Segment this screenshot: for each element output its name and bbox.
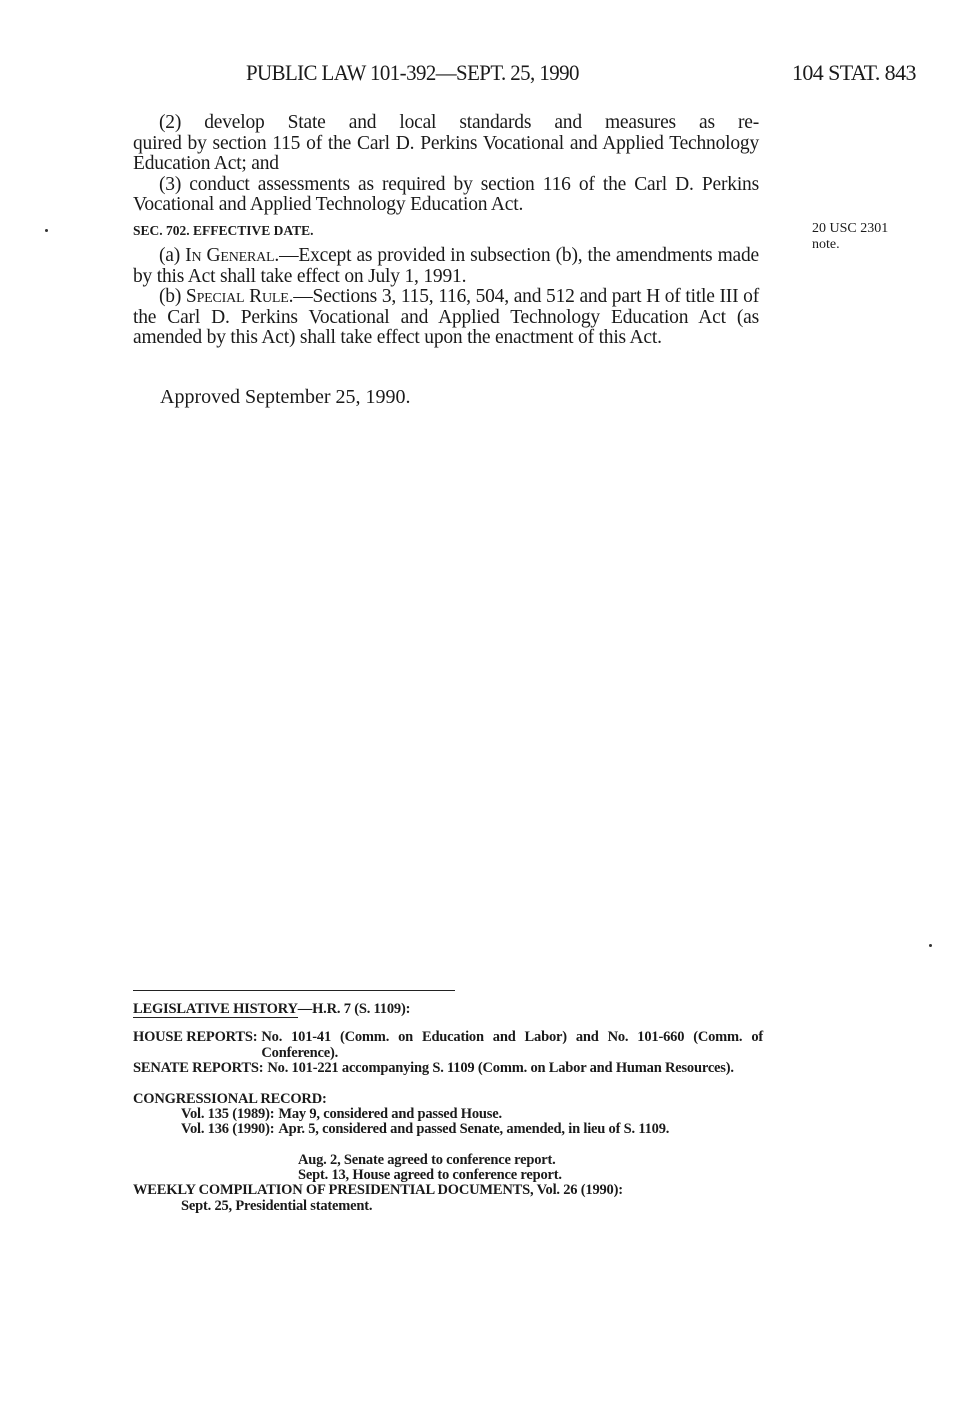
running-header-page-number: 104 STAT. 843 xyxy=(792,60,916,86)
margin-note-line1: 20 USC 2301 xyxy=(812,221,888,237)
continuation-text: (2) develop State and local standards an… xyxy=(133,113,759,216)
sept-25-entry: Sept. 25, Presidential statement. xyxy=(181,1199,811,1215)
document-page: PUBLIC LAW 101-392—SEPT. 25, 1990 104 ST… xyxy=(0,0,957,1425)
vol-136-text: Apr. 5, considered and passed Senate, am… xyxy=(278,1122,721,1138)
approval-date: Approved September 25, 1990. xyxy=(160,386,411,409)
item-2-line1: (2) develop State and local standards an… xyxy=(159,112,759,133)
house-reports-label: HOUSE REPORTS: xyxy=(133,1030,261,1061)
legislative-history-title: LEGISLATIVE HISTORY—H.R. 7 (S. 1109): xyxy=(133,1002,763,1018)
subsection-a-caption: In General xyxy=(185,245,274,266)
weekly-compilation-label: WEEKLY COMPILATION OF PRESIDENTIAL DOCUM… xyxy=(133,1183,763,1199)
margin-note-citation: 20 USC 2301 note. xyxy=(812,221,888,253)
vol-136-label: Vol. 136 (1990): xyxy=(181,1122,278,1138)
footnote-rule xyxy=(133,990,455,991)
scan-speck xyxy=(45,229,48,232)
section-heading: SEC. 702. EFFECTIVE DATE. xyxy=(133,223,314,239)
subsection-a: (a) In General.—Except as provided in su… xyxy=(133,246,759,287)
subsection-b-caption: Special Rule xyxy=(186,286,289,307)
senate-reports-label: SENATE REPORTS: xyxy=(133,1061,267,1077)
subsection-b-label: (b) xyxy=(159,286,186,307)
margin-note-line2: note. xyxy=(812,237,888,253)
subsection-b: (b) Special Rule.—Sections 3, 115, 116, … xyxy=(133,287,759,349)
item-2: (2) develop State and local standards an… xyxy=(133,113,759,134)
house-reports-text: No. 101-41 (Comm. on Education and Labor… xyxy=(261,1030,763,1061)
house-reports: HOUSE REPORTS: No. 101-41 (Comm. on Educ… xyxy=(133,1030,763,1061)
legislative-history-label: LEGISLATIVE HISTORY xyxy=(133,1001,298,1018)
running-header-title: PUBLIC LAW 101-392—SEPT. 25, 1990 xyxy=(246,60,579,86)
senate-reports-text: No. 101-221 accompanying S. 1109 (Comm. … xyxy=(267,1061,763,1077)
legislative-history-bill: —H.R. 7 (S. 1109): xyxy=(298,1001,410,1017)
subsection-a-label: (a) xyxy=(159,245,185,266)
item-2-continued: quired by section 115 of the Carl D. Per… xyxy=(133,134,759,175)
item-3: (3) conduct assessments as required by s… xyxy=(133,175,759,216)
senate-reports: SENATE REPORTS: No. 101-221 accompanying… xyxy=(133,1061,763,1077)
scan-speck xyxy=(929,944,932,947)
section-702-body: (a) In General.—Except as provided in su… xyxy=(133,246,759,349)
vol-136: Vol. 136 (1990): Apr. 5, considered and … xyxy=(181,1122,721,1138)
